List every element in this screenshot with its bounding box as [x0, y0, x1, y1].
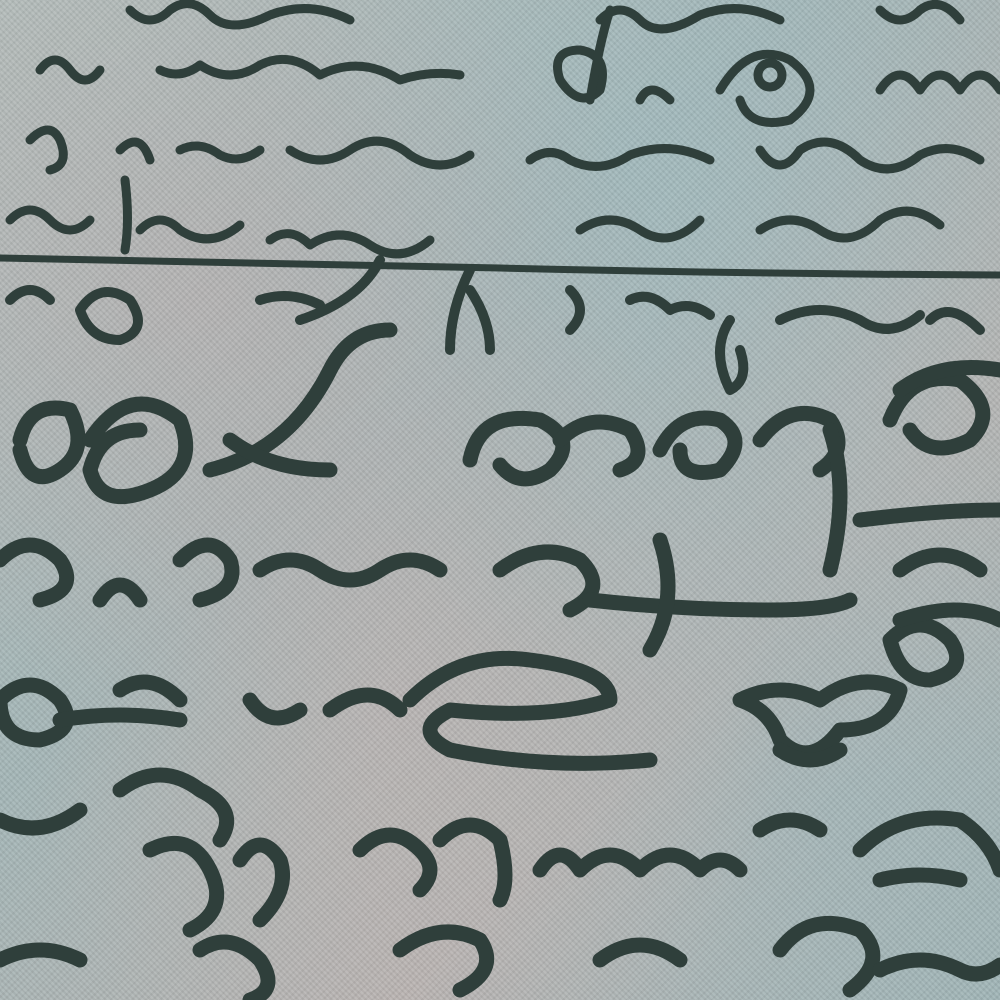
calligraphy-script: [0, 0, 1000, 1000]
rug-photo: [0, 0, 1000, 1000]
